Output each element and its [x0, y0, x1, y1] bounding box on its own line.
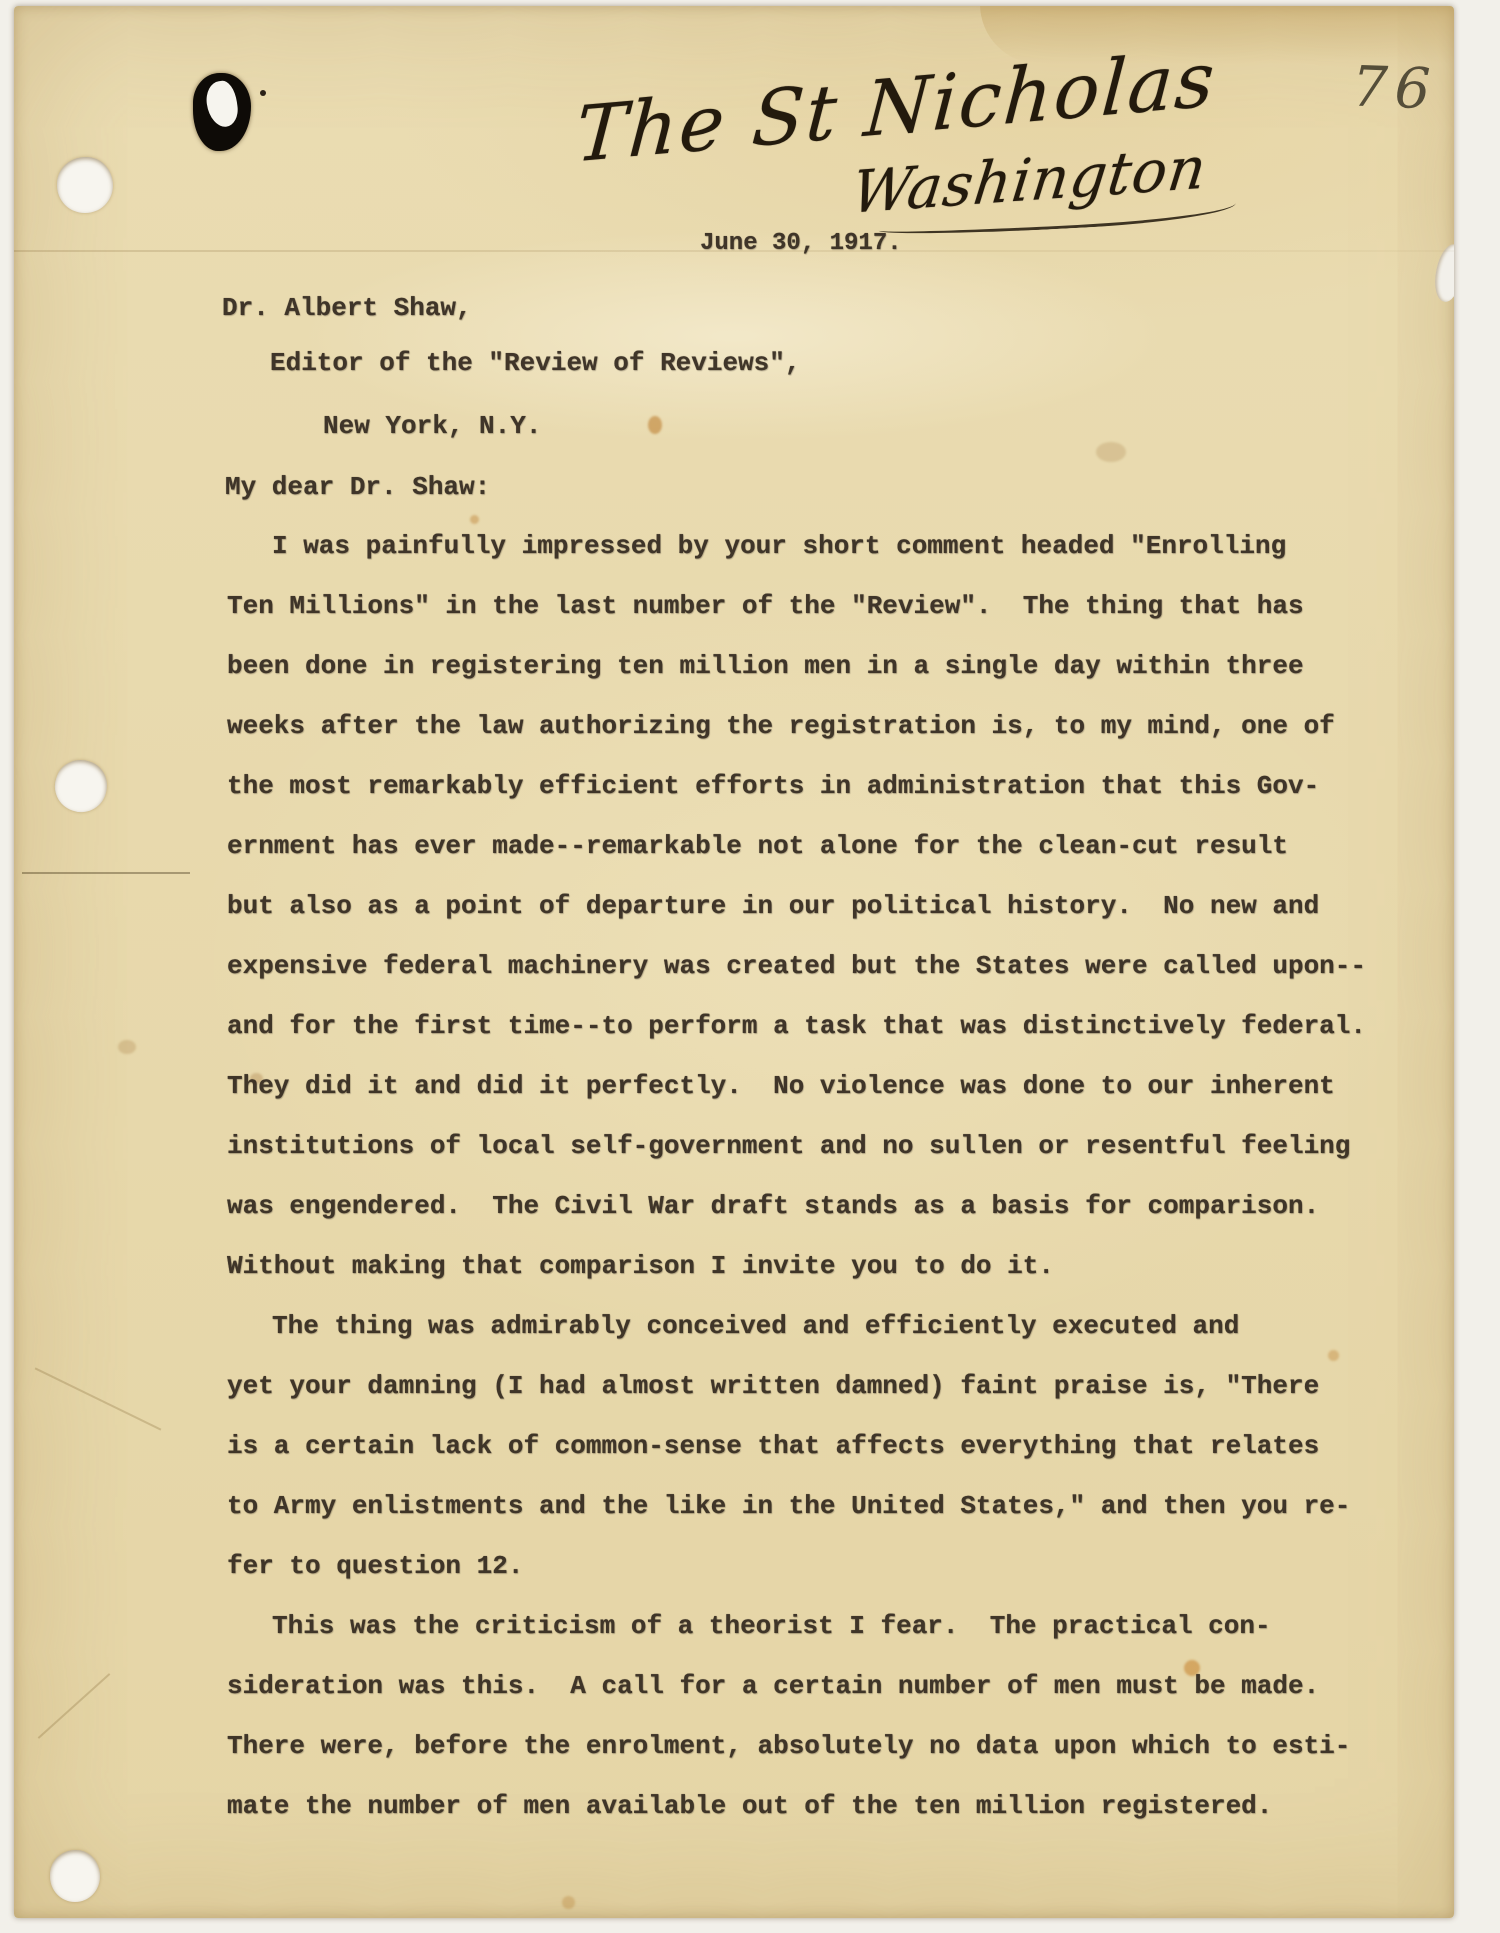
typed-line: I was painfully impressed by your short … — [227, 516, 1366, 576]
punch-hole-middle — [48, 753, 115, 820]
date-line: June 30, 1917. — [700, 214, 902, 274]
typed-line: fer to question 12. — [227, 1536, 1366, 1596]
typed-line: and for the first time--to perform a tas… — [227, 996, 1366, 1056]
handwritten-page-number: 76 — [1351, 55, 1438, 123]
ink-speck — [260, 90, 266, 96]
letter-body: I was painfully impressed by your short … — [227, 516, 1366, 1836]
paper-crease — [35, 1367, 162, 1430]
typed-line: The thing was admirably conceived and ef… — [227, 1296, 1366, 1356]
typed-line: expensive federal machinery was created … — [227, 936, 1366, 996]
paper-content: 76 The St Nicholas Washington June 30, 1… — [14, 6, 1454, 1918]
punch-hole-bottom — [50, 1850, 100, 1902]
typed-line: This was the criticism of a theorist I f… — [227, 1596, 1366, 1656]
scanned-letter-page: 76 The St Nicholas Washington June 30, 1… — [0, 0, 1500, 1933]
recipient-name: Dr. Albert Shaw, — [222, 278, 472, 338]
typed-line: They did it and did it perfectly. No vio… — [227, 1056, 1366, 1116]
recipient-city: New York, N.Y. — [323, 396, 541, 456]
typed-line: the most remarkably efficient efforts in… — [227, 756, 1366, 816]
salutation: My dear Dr. Shaw: — [225, 457, 490, 517]
paper-stain — [118, 1040, 136, 1054]
typed-line: There were, before the enrolment, absolu… — [227, 1716, 1366, 1776]
paper-stain — [562, 1896, 575, 1909]
typed-line: to Army enlistments and the like in the … — [227, 1476, 1366, 1536]
paper-stain — [648, 416, 662, 434]
typed-line: mate the number of men available out of … — [227, 1776, 1366, 1836]
typed-line: yet your damning (I had almost written d… — [227, 1356, 1366, 1416]
typed-line: Ten Millions" in the last number of the … — [227, 576, 1366, 636]
torn-hole — [204, 79, 240, 129]
typed-line: sideration was this. A call for a certai… — [227, 1656, 1366, 1716]
paper-stain — [1096, 442, 1126, 462]
typed-line: been done in registering ten million men… — [227, 636, 1366, 696]
typed-line: ernment has ever made--remarkable not al… — [227, 816, 1366, 876]
typed-line: was engendered. The Civil War draft stan… — [227, 1176, 1366, 1236]
typed-line: Without making that comparison I invite … — [227, 1236, 1366, 1296]
ink-blot — [193, 73, 251, 151]
recipient-title: Editor of the "Review of Reviews", — [270, 333, 801, 393]
paper-crease — [38, 1673, 111, 1739]
letter-paper: 76 The St Nicholas Washington June 30, 1… — [14, 6, 1454, 1918]
paper-crease — [22, 872, 190, 874]
typed-line: is a certain lack of common-sense that a… — [227, 1416, 1366, 1476]
typed-line: but also as a point of departure in our … — [227, 876, 1366, 936]
punch-hole-top — [57, 157, 113, 213]
typed-line: institutions of local self-government an… — [227, 1116, 1366, 1176]
torn-edge-nick — [1430, 242, 1454, 304]
typed-line: weeks after the law authorizing the regi… — [227, 696, 1366, 756]
